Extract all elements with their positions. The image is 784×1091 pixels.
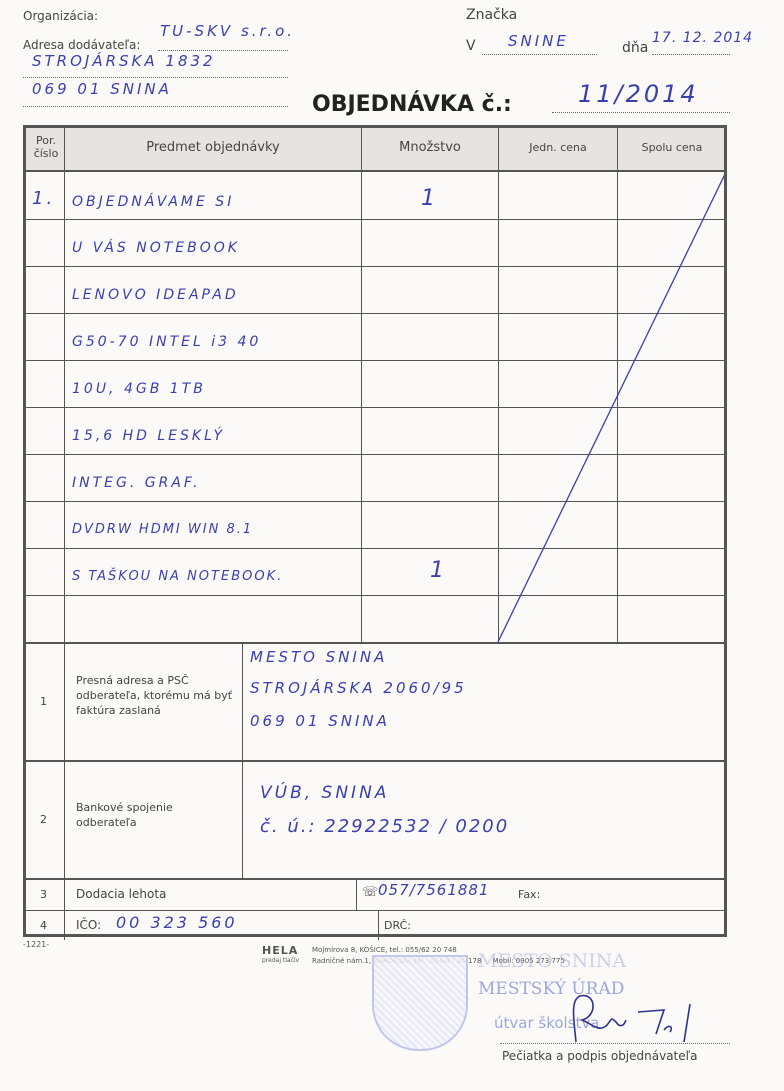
row-divider — [26, 760, 724, 762]
drc-label: DRČ: — [384, 918, 411, 933]
supplier-street[interactable]: STROJÁRSKA 1832 — [32, 52, 216, 70]
signature — [540, 990, 710, 1050]
order-number[interactable]: 11/2014 — [578, 80, 699, 108]
item-text[interactable]: S TAŠKOU NA NOTEBOOK. — [72, 569, 283, 584]
bank-label: Bankové spojenie odberateľa — [76, 800, 216, 830]
signature-line — [500, 1043, 730, 1044]
phone-value[interactable]: 057/7561881 — [378, 881, 490, 899]
supplier-city[interactable]: 069 01 SNINA — [32, 80, 172, 98]
supplier-street-line — [23, 77, 288, 78]
signature-label: Pečiatka a podpis objednávateľa — [502, 1049, 698, 1063]
item-text[interactable]: INTEG. GRAF. — [72, 475, 201, 491]
printer-brand: HELA — [262, 944, 298, 957]
delivery-label: Dodacia lehota — [76, 887, 166, 902]
date-value[interactable]: 17. 12. 2014 — [652, 30, 753, 46]
item-text[interactable]: LENOVO IDEAPAD — [72, 287, 239, 303]
form-code: -1221- — [23, 940, 49, 949]
supplier-city-line — [23, 106, 288, 107]
fax-label: Fax: — [518, 887, 540, 902]
bank-name[interactable]: VÚB, SNINA — [260, 783, 389, 803]
place-value[interactable]: SNINE — [508, 32, 569, 50]
place-prefix: V — [466, 38, 476, 54]
detail-row-number: 2 — [40, 812, 47, 827]
item-text[interactable]: 15,6 HD LESKLÝ — [72, 428, 225, 444]
supplier-name[interactable]: TU-SKV s.r.o. — [160, 22, 295, 40]
detail-row-number: 4 — [40, 918, 47, 933]
date-line — [652, 54, 730, 55]
row-divider — [26, 878, 724, 880]
printer-sub: predaj tlačív — [262, 957, 299, 964]
ico-label: IČO: — [76, 918, 101, 933]
order-number-line — [552, 112, 730, 113]
supplier-name-line — [158, 50, 288, 51]
row-number: 1. — [32, 188, 55, 209]
item-text[interactable]: DVDRW HDMI WIN 8.1 — [72, 522, 253, 537]
billing-address-line1[interactable]: MESTO SNINA — [250, 648, 387, 666]
billing-address-line2[interactable]: STROJÁRSKA 2060/95 — [250, 679, 467, 697]
stamp-line1: MESTO SNINA — [478, 950, 626, 972]
billing-address-line3[interactable]: 069 01 SNINA — [250, 712, 390, 730]
bank-account[interactable]: č. ú.: 22922532 / 0200 — [260, 816, 509, 837]
printer-line1: Mojmírova 8, KOŠICE, tel.: 055/62 20 748 — [312, 946, 457, 954]
page-title: OBJEDNÁVKA č.: — [312, 92, 512, 117]
item-qty[interactable]: 1 — [430, 558, 447, 583]
col-divider — [356, 880, 357, 910]
date-label: dňa — [622, 40, 648, 56]
item-qty[interactable]: 1 — [421, 186, 438, 211]
item-text[interactable]: U VÁS NOTEBOOK — [72, 240, 240, 256]
detail-row-number: 1 — [40, 694, 47, 709]
coat-of-arms-stamp-icon — [372, 955, 468, 1051]
billing-address-label: Presná adresa a PSČ odberateľa, ktorému … — [76, 673, 236, 718]
place-line — [482, 54, 597, 55]
mark-label: Značka — [466, 7, 517, 23]
ico-value[interactable]: 00 323 560 — [116, 913, 238, 932]
row-divider — [26, 910, 724, 911]
organization-label: Organizácia: — [23, 9, 98, 23]
item-text[interactable]: G50-70 INTEL i3 40 — [72, 334, 261, 350]
item-text[interactable]: OBJEDNÁVAME SI — [72, 194, 234, 210]
item-text[interactable]: 10U, 4GB 1TB — [72, 381, 206, 397]
supplier-label: Adresa dodávateľa: — [23, 38, 140, 52]
phone-icon: ☏ — [362, 885, 378, 900]
detail-row-number: 3 — [40, 887, 47, 902]
col-divider — [378, 910, 379, 940]
order-form-table: Por. číslo Predmet objednávky Množstvo J… — [23, 125, 727, 937]
